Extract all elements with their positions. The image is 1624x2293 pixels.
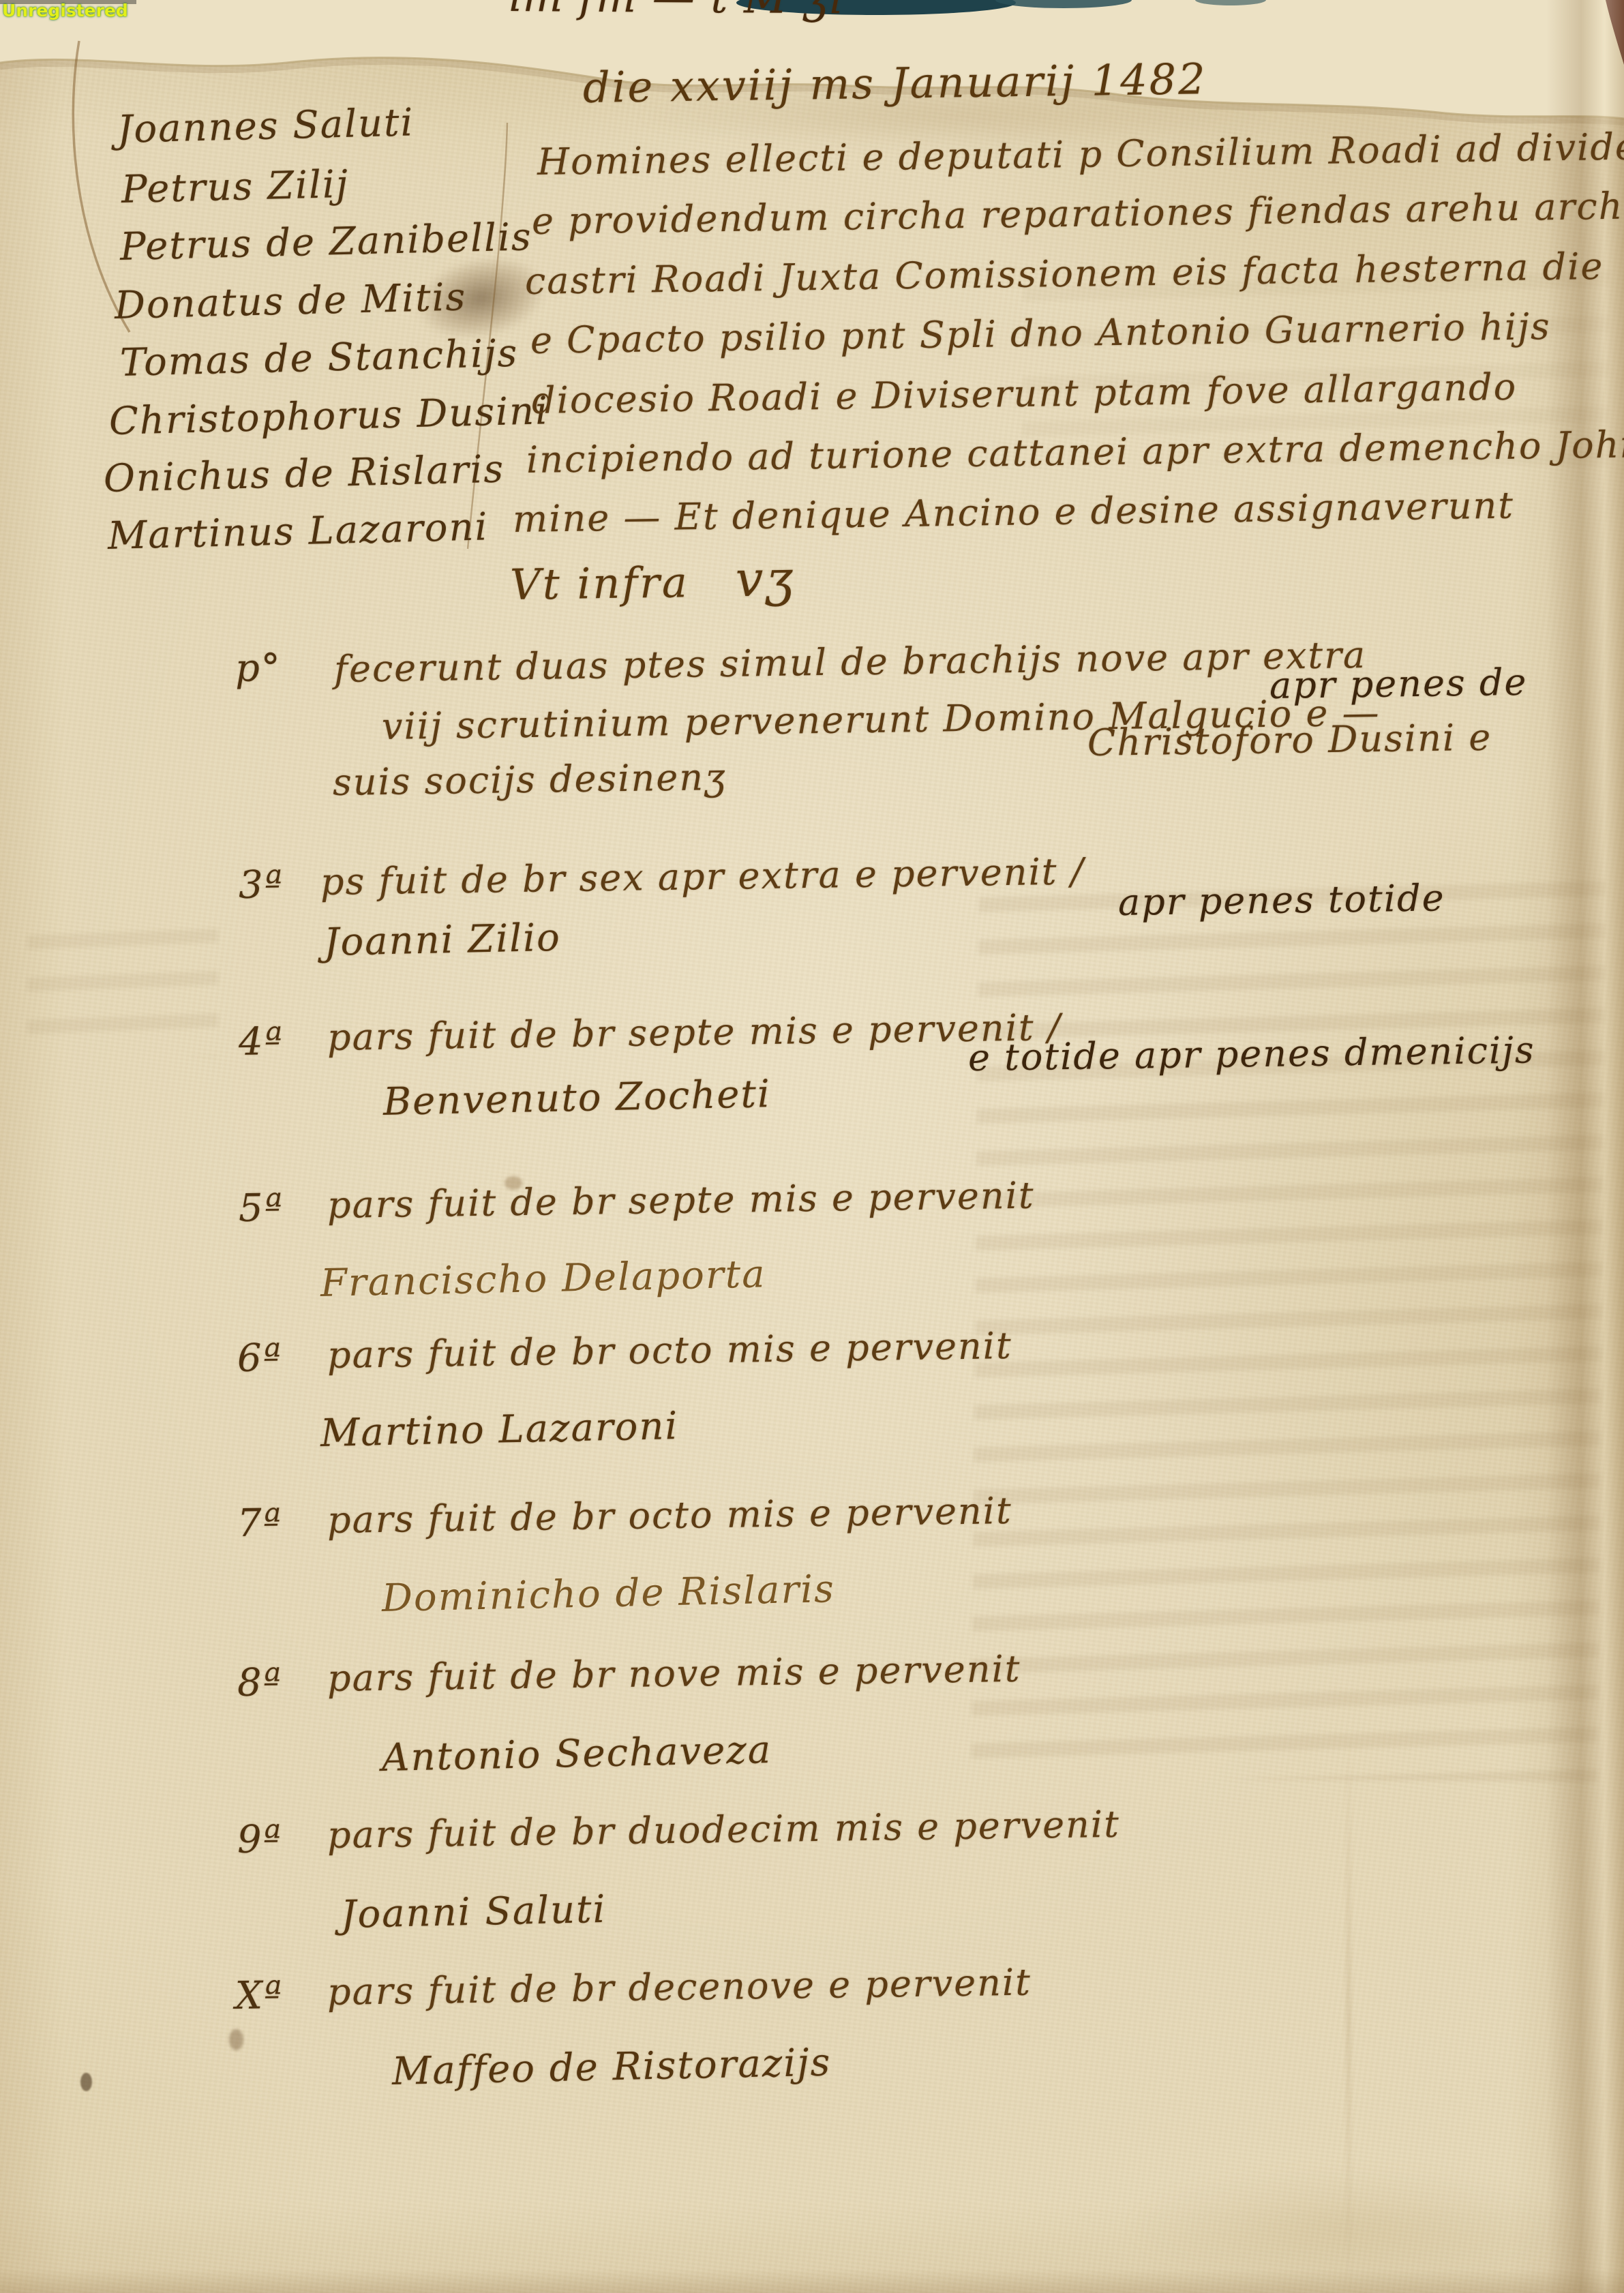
margin-name: Martinus Lazaroni xyxy=(107,505,489,558)
bottom-edge-shadow xyxy=(0,2269,1624,2293)
entry-name: Joanni Saluti xyxy=(340,1887,607,1937)
entry-number: 5ª xyxy=(239,1186,284,1231)
entry-name: Joanni Zilio xyxy=(323,916,561,965)
entry-number: 8ª xyxy=(237,1660,283,1705)
entry-name: Maffeo de Ristorazijs xyxy=(391,2041,832,2094)
unregistered-watermark: Unregistered xyxy=(2,1,128,20)
paper-crease xyxy=(1347,1739,1351,2293)
entry-number: 7ª xyxy=(237,1501,283,1546)
entry-name: Benvenuto Zocheti xyxy=(382,1072,771,1124)
ut-infra-text: Vt infra xyxy=(510,557,690,610)
margin-name: Joannes Saluti xyxy=(117,100,415,152)
manuscript-scan: ım ſm̄ — t M ʒı die xxviij ms Januarij 1… xyxy=(0,0,1624,2293)
entry-line: Christoforo Dusini e xyxy=(1087,716,1492,764)
entry-line: apr penes totide xyxy=(1118,876,1445,924)
entry-name: Martino Lazaroni xyxy=(320,1404,679,1456)
margin-name: Petrus Zilij xyxy=(121,162,350,212)
ut-infra-line: Vt infra vʒ xyxy=(509,550,795,611)
clipped-text-fragment: ım ſm̄ — t M ʒı xyxy=(508,0,844,23)
entry-name: Dominicho de Rislaris xyxy=(381,1567,835,1621)
entry-line: e totide apr penes dmenicijs xyxy=(968,1028,1535,1079)
entry-line: suis socijs desinenʒ xyxy=(333,755,727,804)
date-line: die xxviij ms Januarij 1482 xyxy=(582,54,1207,113)
entry-number: Xª xyxy=(235,1973,284,2018)
entry-number: 4ª xyxy=(239,1019,284,1064)
right-edge-fold xyxy=(1546,0,1624,2293)
entry-number: p° xyxy=(235,646,282,691)
entry-name: Antonio Sechaveza xyxy=(381,1728,772,1780)
entry-number: 6ª xyxy=(237,1336,283,1381)
entry-number: 9ª xyxy=(237,1817,283,1862)
entry-number: 3ª xyxy=(239,863,284,908)
notarial-flourish: vʒ xyxy=(735,550,795,608)
margin-name: Donatus de Mitis xyxy=(114,275,467,328)
entry-name: Francischo Delaporta xyxy=(320,1252,766,1306)
